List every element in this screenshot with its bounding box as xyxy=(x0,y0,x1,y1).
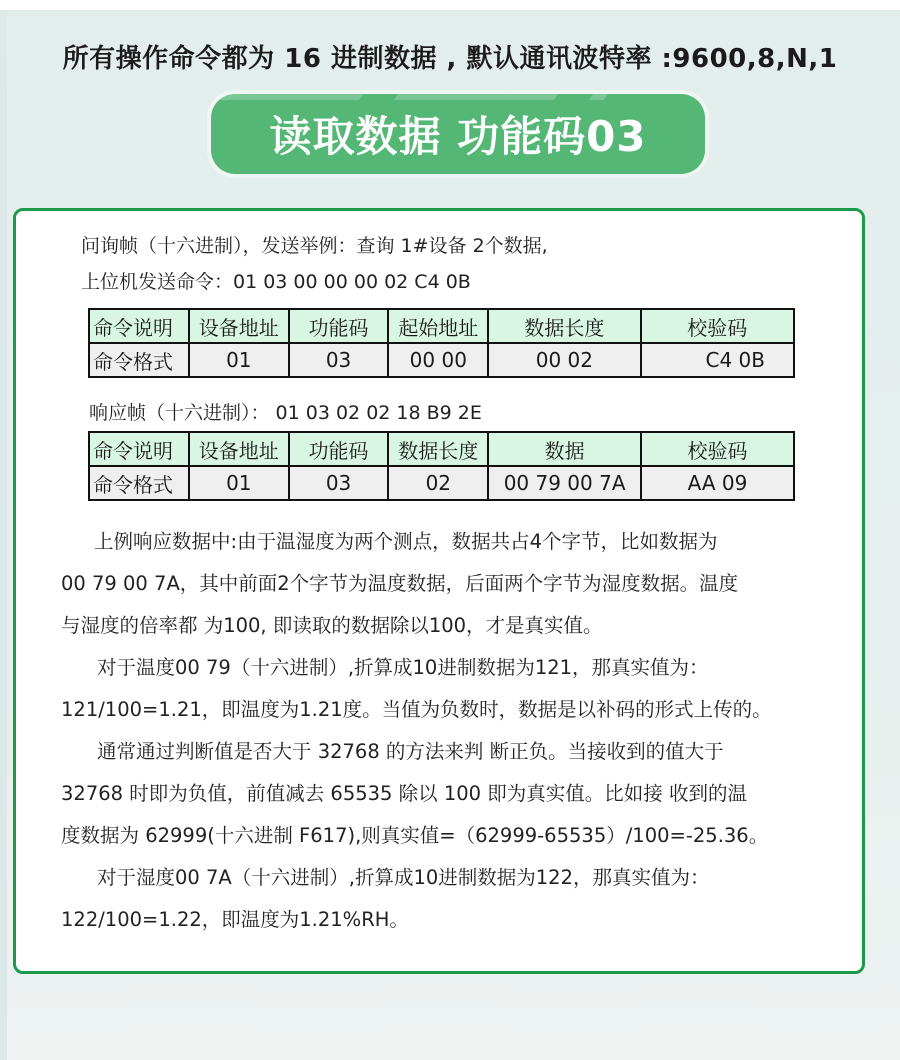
table-header-row: 命令说明 设备地址 功能码 数据长度 数据 校验码 xyxy=(89,432,794,466)
table-cell: 02 xyxy=(388,466,488,500)
title-pill: 读取数据 功能码03 xyxy=(211,94,705,174)
explanation-line: 与湿度的倍率都 为100, 即读取的数据除以100，才是真实值。 xyxy=(61,610,603,638)
table-header-cell: 起始地址 xyxy=(388,309,488,343)
response-table: 命令说明 设备地址 功能码 数据长度 数据 校验码 命令格式 01 03 02 … xyxy=(88,431,795,501)
response-intro: 响应帧（十六进制）： 01 03 02 02 18 B9 2E xyxy=(89,398,482,425)
table-header-cell: 设备地址 xyxy=(189,432,289,466)
table-header-cell: 命令说明 xyxy=(89,432,189,466)
table-row: 命令格式 01 03 02 00 79 00 7A AA 09 xyxy=(89,466,794,500)
table-header-cell: 功能码 xyxy=(289,432,389,466)
pill-shine xyxy=(589,94,608,100)
explanation-line: 对于温度00 79（十六进制）,折算成10进制数据为121，那真实值为： xyxy=(97,652,709,680)
explanation-line: 00 79 00 7A，其中前面2个字节为温度数据，后面两个字节为湿度数据。温度 xyxy=(61,568,738,596)
table-header-row: 命令说明 设备地址 功能码 起始地址 数据长度 校验码 xyxy=(89,309,794,343)
table-header-cell: 数据 xyxy=(488,432,641,466)
table-header-cell: 功能码 xyxy=(289,309,389,343)
table-cell: 00 00 xyxy=(388,343,488,377)
table-header-cell: 校验码 xyxy=(641,432,794,466)
explanation-line: 度数据为 62999(十六进制 F617),则真实值=（62999-65535）… xyxy=(61,820,768,848)
table-header-cell: 数据长度 xyxy=(388,432,488,466)
table-cell: 命令格式 xyxy=(89,466,189,500)
table-cell: 命令格式 xyxy=(89,343,189,377)
protocol-notice: 所有操作命令都为 16 进制数据 , 默认通讯波特率 :9600,8,N,1 xyxy=(0,38,900,75)
table-cell: 03 xyxy=(289,466,389,500)
section-title: 读取数据 功能码03 xyxy=(269,104,646,164)
request-table: 命令说明 设备地址 功能码 起始地址 数据长度 校验码 命令格式 01 03 0… xyxy=(88,308,795,378)
explanation-line: 32768 时即为负值，前值减去 65535 除以 100 即为真实值。比如接 … xyxy=(61,778,747,806)
table-header-cell: 命令说明 xyxy=(89,309,189,343)
pill-shine xyxy=(211,94,363,100)
table-cell: 00 02 xyxy=(488,343,640,377)
table-row: 命令格式 01 03 00 00 00 02 C4 0B xyxy=(89,343,794,377)
explanation-line: 上例响应数据中:由于温湿度为两个测点，数据共占4个字节，比如数据为 xyxy=(94,526,717,554)
request-command: 上位机发送命令：01 03 00 00 00 02 C4 0B xyxy=(81,267,471,294)
table-cell: 00 79 00 7A xyxy=(488,466,641,500)
top-strip xyxy=(0,0,900,10)
left-edge xyxy=(0,10,7,1060)
explanation-line: 通常通过判断值是否大于 32768 的方法来判 断正负。当接收到的值大于 xyxy=(97,736,724,764)
table-cell: 01 xyxy=(189,343,289,377)
table-cell: 03 xyxy=(289,343,389,377)
table-header-cell: 设备地址 xyxy=(189,309,289,343)
table-header-cell: 校验码 xyxy=(641,309,794,343)
explanation-line: 121/100=1.21，即温度为1.21度。当值为负数时，数据是以补码的形式上… xyxy=(61,694,772,722)
explanation-line: 122/100=1.22，即温度为1.21%RH。 xyxy=(61,904,409,932)
table-header-cell: 数据长度 xyxy=(488,309,640,343)
table-cell: 01 xyxy=(189,466,289,500)
table-cell: C4 0B xyxy=(641,343,794,377)
request-intro: 问询帧（十六进制），发送举例：查询 1#设备 2个数据, xyxy=(81,231,548,258)
table-cell: AA 09 xyxy=(641,466,794,500)
pill-shine xyxy=(394,94,558,100)
content-card: 问询帧（十六进制），发送举例：查询 1#设备 2个数据, 上位机发送命令：01 … xyxy=(13,208,865,974)
explanation-line: 对于湿度00 7A（十六进制）,折算成10进制数据为122，那真实值为： xyxy=(97,862,710,890)
